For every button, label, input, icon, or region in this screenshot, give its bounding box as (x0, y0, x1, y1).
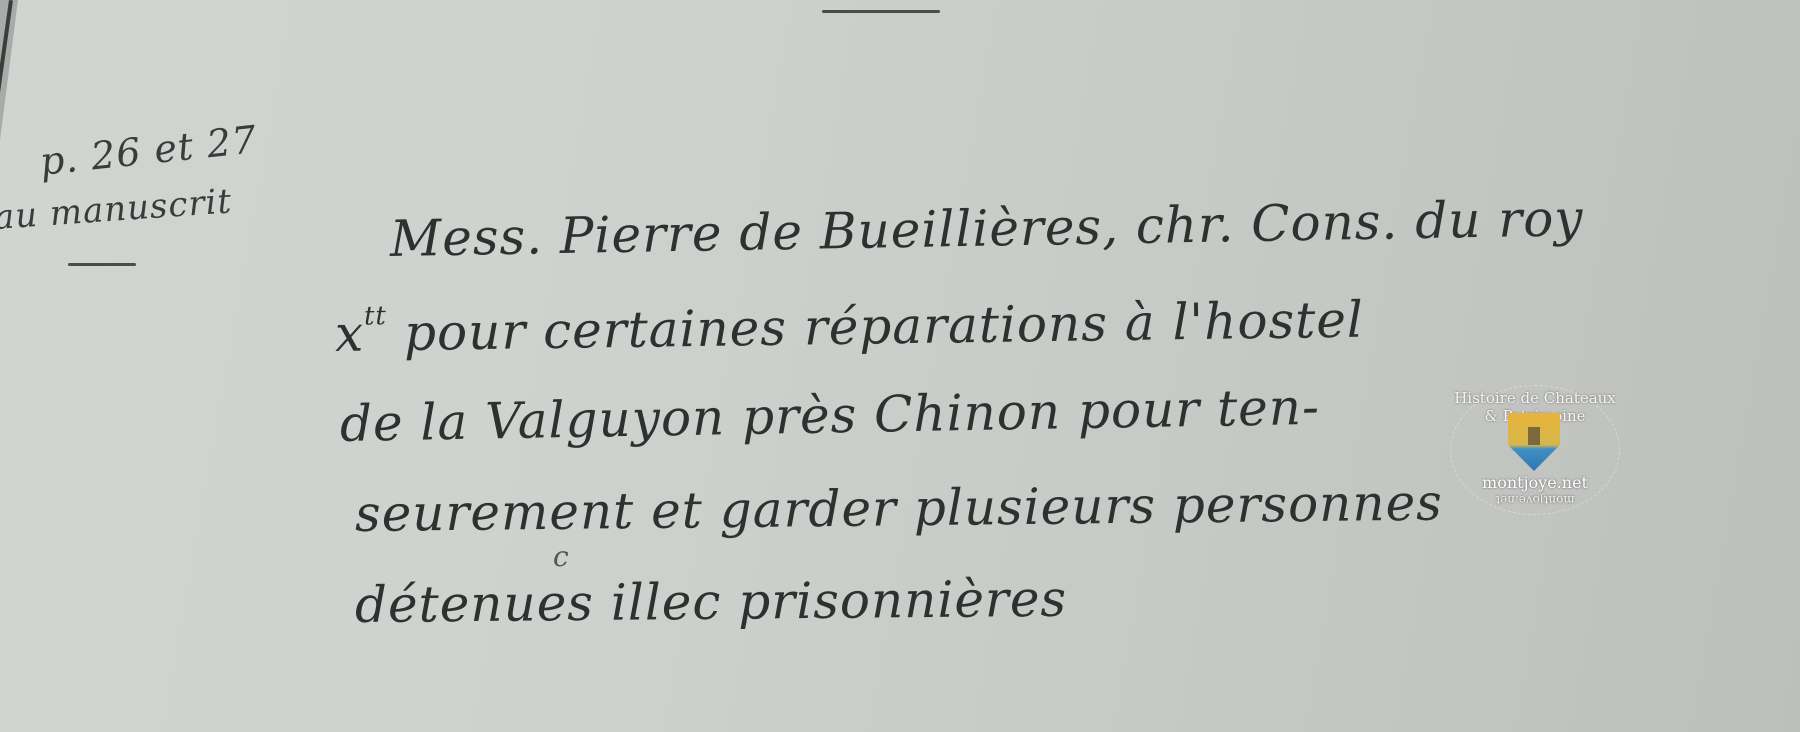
tower-icon (1528, 427, 1540, 445)
body-line-1: Mess. Pierre de Bueillières, chr. Cons. … (389, 189, 1584, 268)
watermark: Histoire de Chateaux & Patrimoine montjo… (1450, 385, 1620, 515)
margin-note: au manuscrit (0, 181, 233, 238)
body-line-2: xtt pour certaines réparations à l'hoste… (335, 288, 1365, 363)
watermark-site: montjoye.net (1450, 473, 1620, 492)
body-line-4: seurement et garder plusieurs personnes (355, 474, 1443, 543)
line2-text: pour certaines réparations à l'hostel (404, 291, 1365, 362)
margin-underline (68, 263, 136, 266)
line2-prefix: x (335, 305, 365, 363)
stray-mark: c (553, 540, 569, 573)
body-line-3: de la Valguyon près Chinon pour ten- (339, 378, 1320, 453)
top-rule (822, 10, 940, 13)
line2-superscript: tt (364, 301, 387, 331)
body-line-5: détenues illec prisonnières (355, 570, 1068, 634)
margin-page-reference: p. 26 et 27 (38, 117, 260, 184)
page-edge (0, 0, 30, 140)
watermark-site-flipped: montjoye.net (1450, 493, 1620, 507)
